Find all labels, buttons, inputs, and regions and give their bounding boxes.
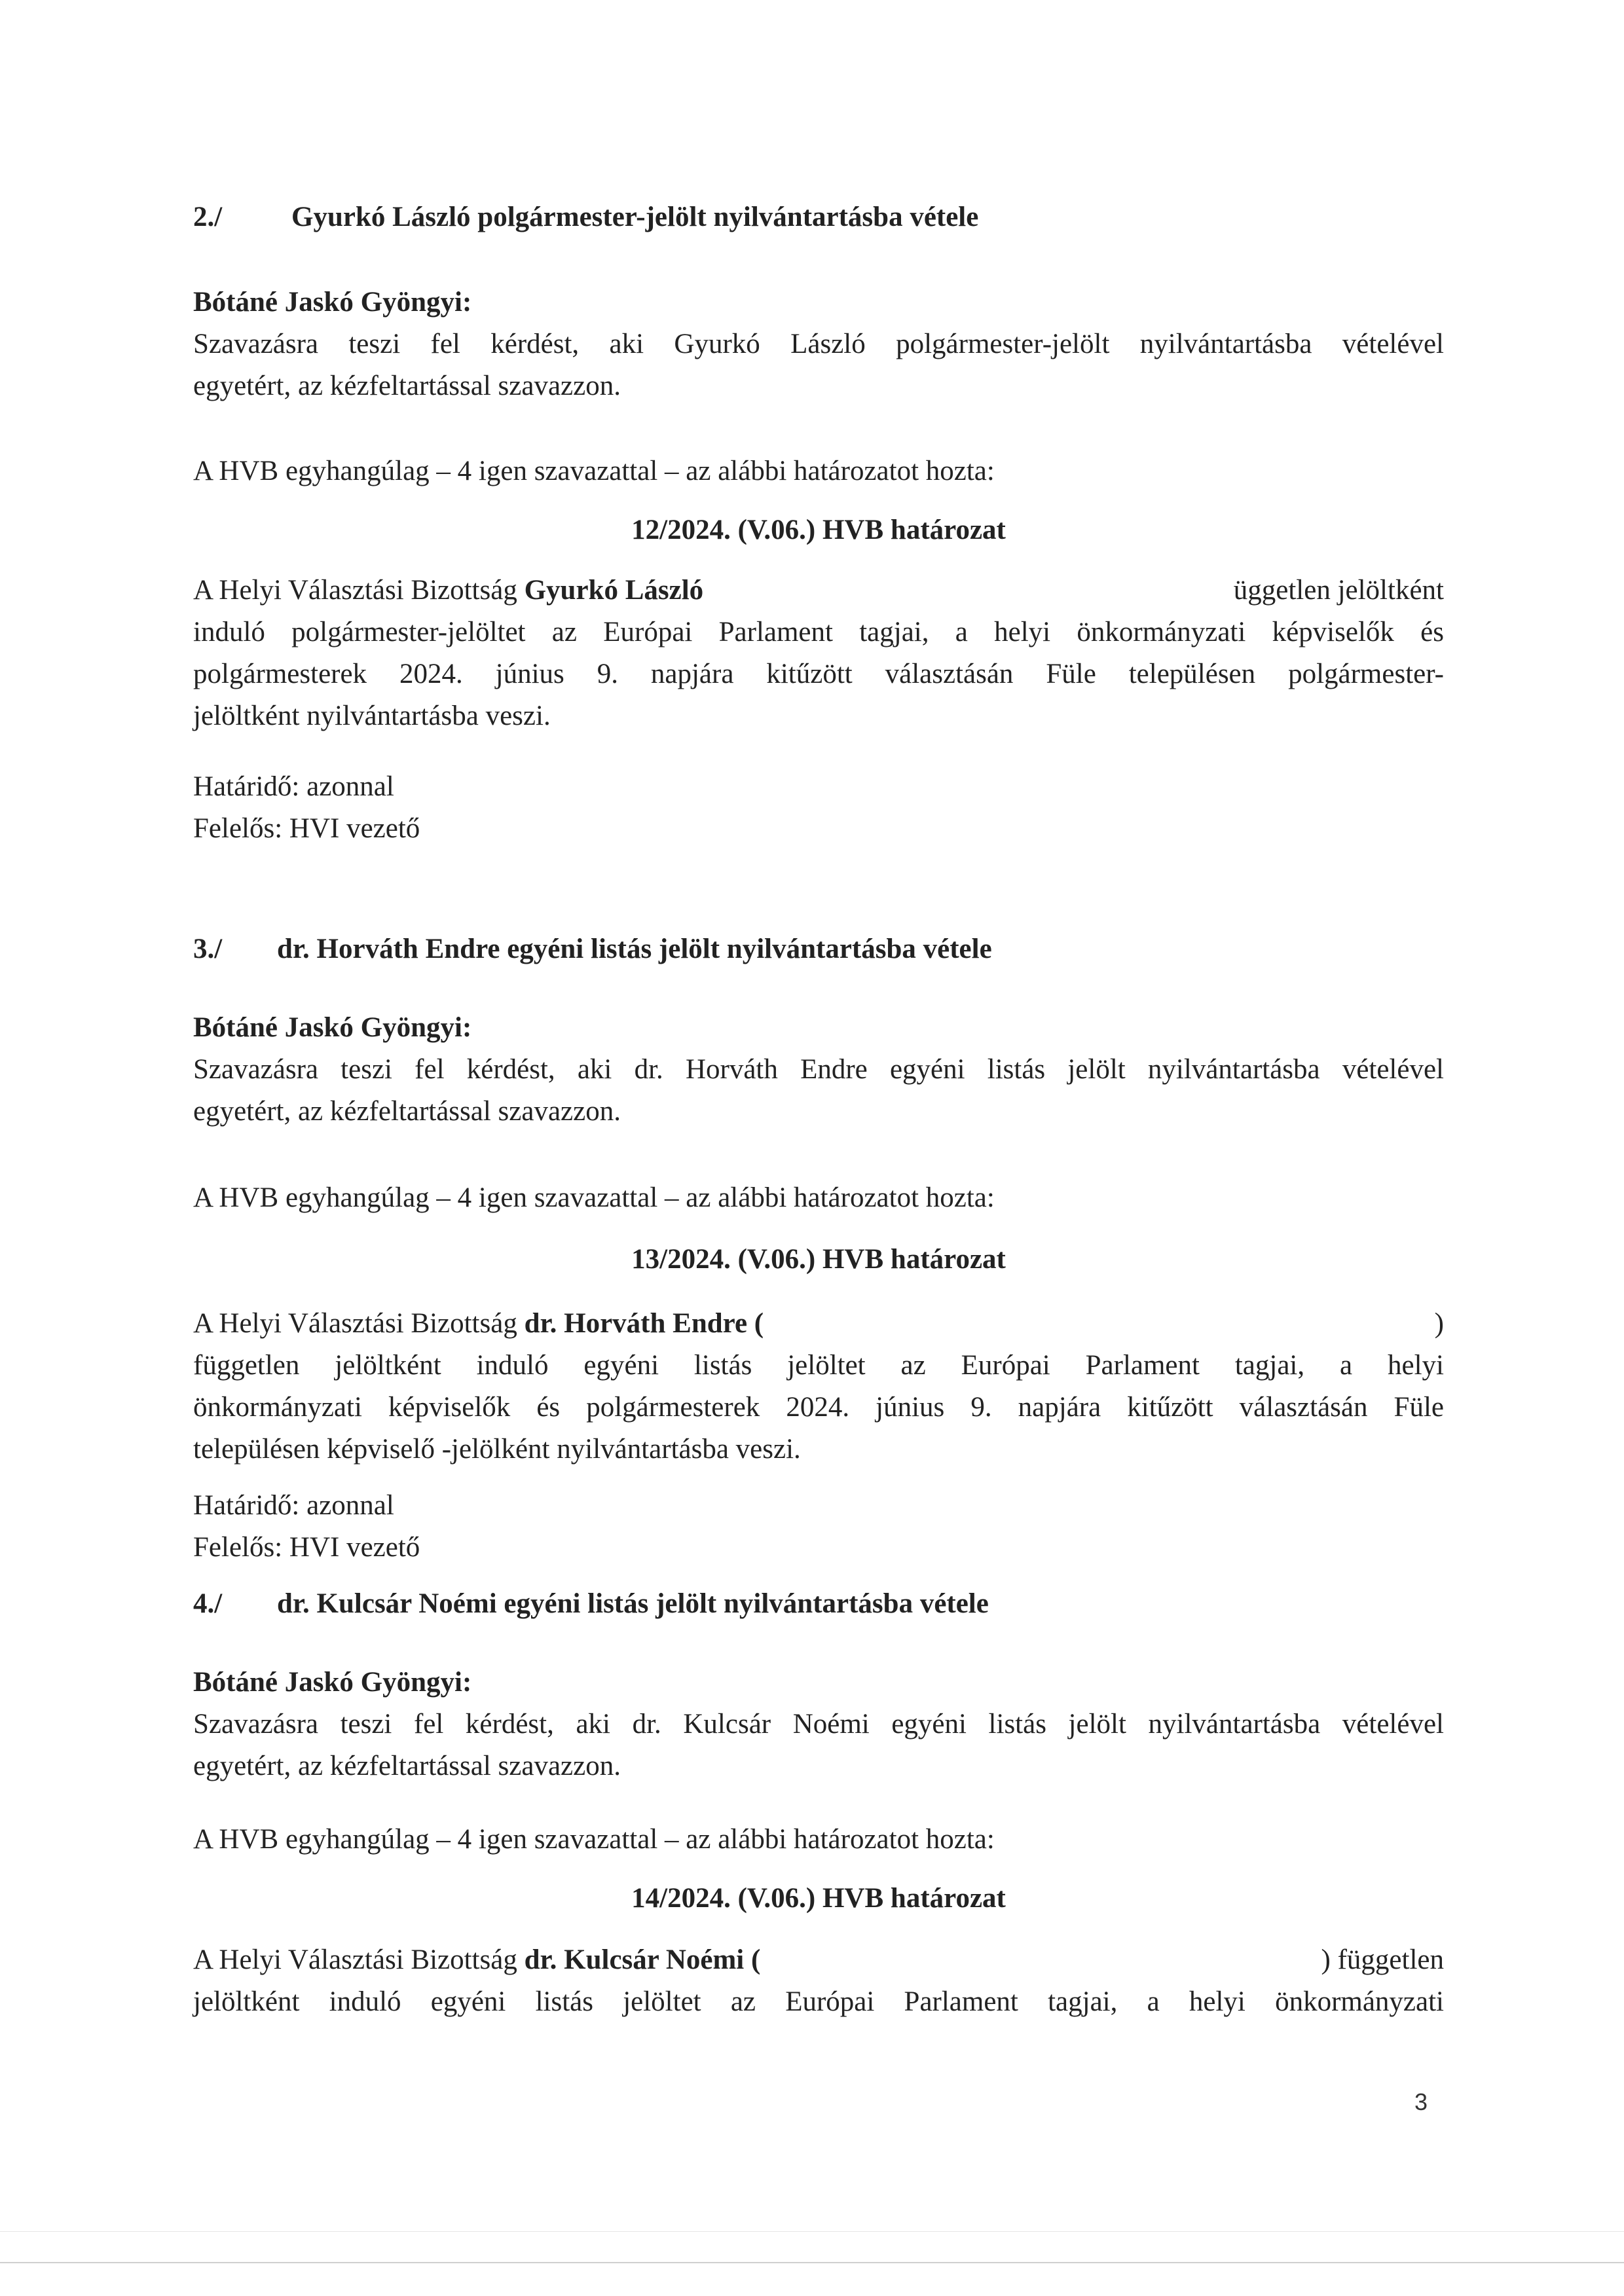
resolution-body-line: jelöltként induló egyéni listás jelöltet… [193, 1981, 1444, 2023]
agenda-item-number: 2./ [193, 196, 291, 238]
agenda-item-4-speech: Bótáné Jaskó Gyöngyi: Szavazásra teszi f… [193, 1662, 1444, 1787]
agenda-item-number: 3./ [193, 928, 277, 970]
resolution-body-line: jelöltként nyilvántartásba veszi. [193, 695, 1444, 737]
resolution-body-prefix: A Helyi Választási Bizottság [193, 1944, 525, 1975]
scan-artifact-line [0, 2231, 1624, 2232]
agenda-item-3-speech: Bótáné Jaskó Gyöngyi: Szavazásra teszi f… [193, 1007, 1444, 1133]
responsible: Felelős: HVI vezető [193, 808, 1444, 850]
candidate-name: Gyurkó László [525, 575, 704, 606]
agenda-item-title: dr. Kulcsár Noémi egyéni listás jelölt n… [277, 1588, 989, 1619]
page-number: 3 [1414, 2088, 1428, 2116]
resolution-body-line: önkormányzati képviselők és polgármester… [193, 1387, 1444, 1429]
agenda-item-title: dr. Horváth Endre egyéni listás jelölt n… [277, 934, 992, 964]
resolution-body-after-redaction: üggetlen jelöltként [1234, 570, 1444, 611]
speech-text-line: Szavazásra teszi fel kérdést, aki Gyurkó… [193, 323, 1444, 365]
speaker-name: Bótáné Jaskó Gyöngyi: [193, 282, 1444, 323]
speaker-name: Bótáné Jaskó Gyöngyi: [193, 1662, 1444, 1704]
resolution-body-prefix: A Helyi Választási Bizottság [193, 1308, 525, 1339]
deadline: Határidő: azonnal [193, 766, 1444, 808]
speaker-name: Bótáné Jaskó Gyöngyi: [193, 1007, 1444, 1049]
responsible: Felelős: HVI vezető [193, 1527, 1444, 1569]
resolution-body: A Helyi Választási Bizottság dr. Kulcsár… [193, 1939, 1444, 2023]
agenda-item-3-heading: 3./dr. Horváth Endre egyéni listás jelöl… [193, 928, 1444, 970]
agenda-item-4-heading: 4./dr. Kulcsár Noémi egyéni listás jelöl… [193, 1583, 1444, 1625]
resolution-body-line: településen képviselő -jelölként nyilván… [193, 1429, 1444, 1470]
vote-statement: A HVB egyhangúlag – 4 igen szavazattal –… [193, 450, 1444, 492]
vote-statement: A HVB egyhangúlag – 4 igen szavazattal –… [193, 1177, 1444, 1219]
agenda-item-number: 4./ [193, 1583, 277, 1625]
resolution-title: 13/2024. (V.06.) HVB határozat [193, 1239, 1444, 1281]
agenda-item-2-speech: Bótáné Jaskó Gyöngyi: Szavazásra teszi f… [193, 282, 1444, 407]
speech-text-line: Szavazásra teszi fel kérdést, aki dr. Ho… [193, 1049, 1444, 1091]
resolution-body-line: független jelöltként induló egyéni listá… [193, 1345, 1444, 1387]
resolution-body-after-redaction: ) [1435, 1303, 1444, 1345]
resolution-body-line: polgármesterek 2024. június 9. napjára k… [193, 653, 1444, 695]
candidate-name: dr. Horváth Endre ( [525, 1308, 764, 1339]
resolution-body: A Helyi Választási Bizottság Gyurkó Lász… [193, 570, 1444, 737]
candidate-name: dr. Kulcsár Noémi ( [525, 1944, 761, 1975]
resolution-body-prefix: A Helyi Választási Bizottság [193, 575, 525, 606]
resolution-title: 12/2024. (V.06.) HVB határozat [193, 509, 1444, 551]
deadline: Határidő: azonnal [193, 1485, 1444, 1527]
resolution-body-line: induló polgármester-jelöltet az Európai … [193, 611, 1444, 653]
speech-text-line: egyetért, az kézfeltartással szavazzon. [193, 365, 1444, 407]
resolution-footer: Határidő: azonnal Felelős: HVI vezető [193, 766, 1444, 850]
resolution-body: A Helyi Választási Bizottság dr. Horváth… [193, 1303, 1444, 1470]
resolution-footer: Határidő: azonnal Felelős: HVI vezető [193, 1485, 1444, 1569]
document-page: 2./Gyurkó László polgármester-jelölt nyi… [0, 0, 1624, 2296]
speech-text-line: egyetért, az kézfeltartással szavazzon. [193, 1091, 1444, 1133]
agenda-item-2-heading: 2./Gyurkó László polgármester-jelölt nyi… [193, 196, 1444, 238]
agenda-item-title: Gyurkó László polgármester-jelölt nyilvá… [291, 202, 978, 232]
speech-text-line: egyetért, az kézfeltartással szavazzon. [193, 1745, 1444, 1787]
vote-statement: A HVB egyhangúlag – 4 igen szavazattal –… [193, 1819, 1444, 1861]
speech-text-line: Szavazásra teszi fel kérdést, aki dr. Ku… [193, 1704, 1444, 1745]
resolution-title: 14/2024. (V.06.) HVB határozat [193, 1878, 1444, 1920]
resolution-body-after-redaction: ) független [1321, 1939, 1444, 1981]
scan-edge-line [0, 2262, 1624, 2263]
